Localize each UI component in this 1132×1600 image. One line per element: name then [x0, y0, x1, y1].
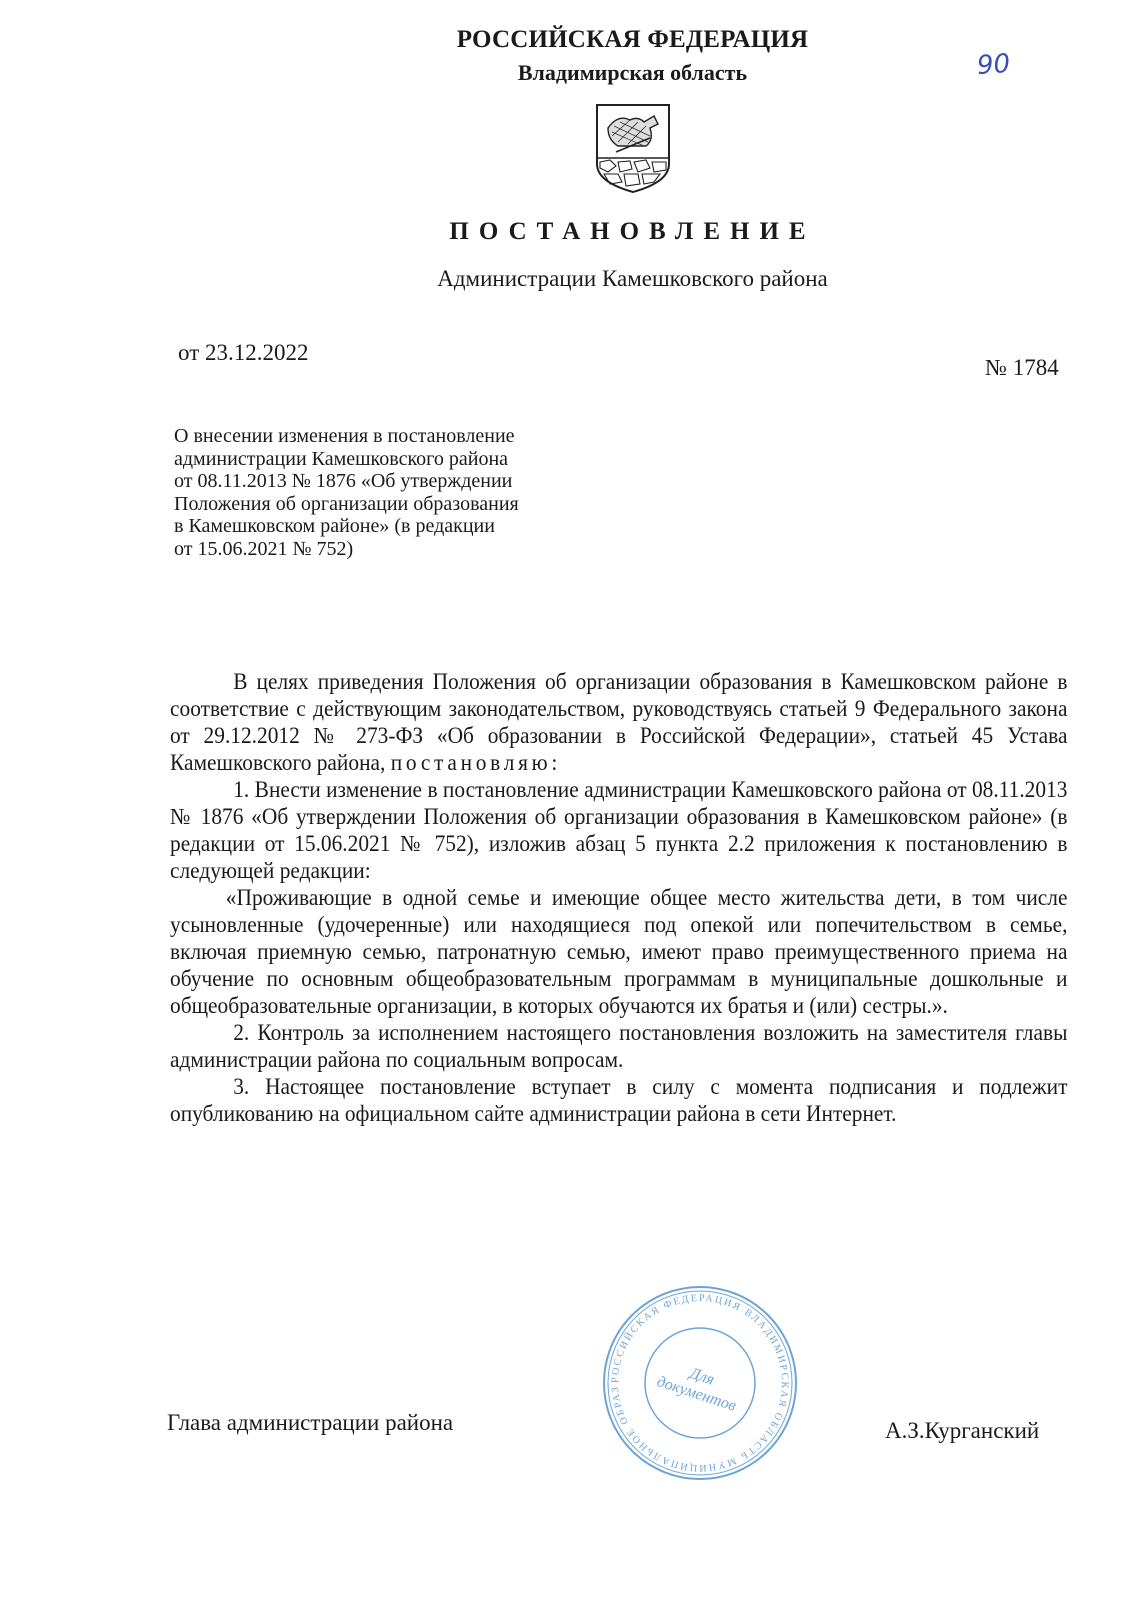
country-heading: РОССИЙСКАЯ ФЕДЕРАЦИЯ	[0, 26, 1132, 54]
preamble-text: В целях приведения Положения об организа…	[170, 669, 1067, 775]
preamble-paragraph: В целях приведения Положения об организа…	[170, 668, 1067, 776]
subject-line: от 15.06.2021 № 752)	[174, 538, 574, 561]
subject-line: Положения об организации образования	[174, 493, 574, 516]
coat-of-arms-icon	[594, 102, 672, 194]
issuer-line: Администрации Камешковского района	[0, 266, 1132, 292]
subject-line: от 08.11.2013 № 1876 «Об утверждении	[174, 470, 574, 493]
subject-line: О внесении изменения в постановление	[174, 425, 574, 448]
item-1-paragraph: 1. Внести изменение в постановление адми…	[170, 776, 1067, 884]
quoted-amendment-paragraph: «Проживающие в одной семье и имеющие общ…	[170, 884, 1067, 1019]
document-date: от 23.12.2022	[178, 340, 309, 366]
document-type-title: ПОСТАНОВЛЕНИЕ	[0, 218, 1132, 246]
subject-block: О внесении изменения в постановление адм…	[174, 425, 574, 560]
signatory-position: Глава администрации района	[167, 1410, 453, 1436]
subject-line: администрации Камешковского района	[174, 448, 574, 471]
item-2-paragraph: 2. Контроль за исполнением настоящего по…	[170, 1019, 1067, 1073]
region-heading: Владимирская область	[0, 60, 1132, 86]
signatory-name: А.З.Курганский	[885, 1418, 1039, 1444]
handwritten-page-mark: 90	[976, 49, 1011, 81]
subject-line: в Камешковском районе» (в редакции	[174, 515, 574, 538]
item-3-paragraph: 3. Настоящее постановление вступает в си…	[170, 1073, 1067, 1127]
resolve-word: постановляю:	[391, 750, 561, 775]
document-number: № 1784	[985, 355, 1059, 381]
document-body: В целях приведения Положения об организа…	[170, 668, 1067, 1127]
official-seal-stamp: РОССИЙСКАЯ ФЕДЕРАЦИЯ ВЛАДИМИРСКАЯ ОБЛАСТ…	[600, 1283, 800, 1483]
